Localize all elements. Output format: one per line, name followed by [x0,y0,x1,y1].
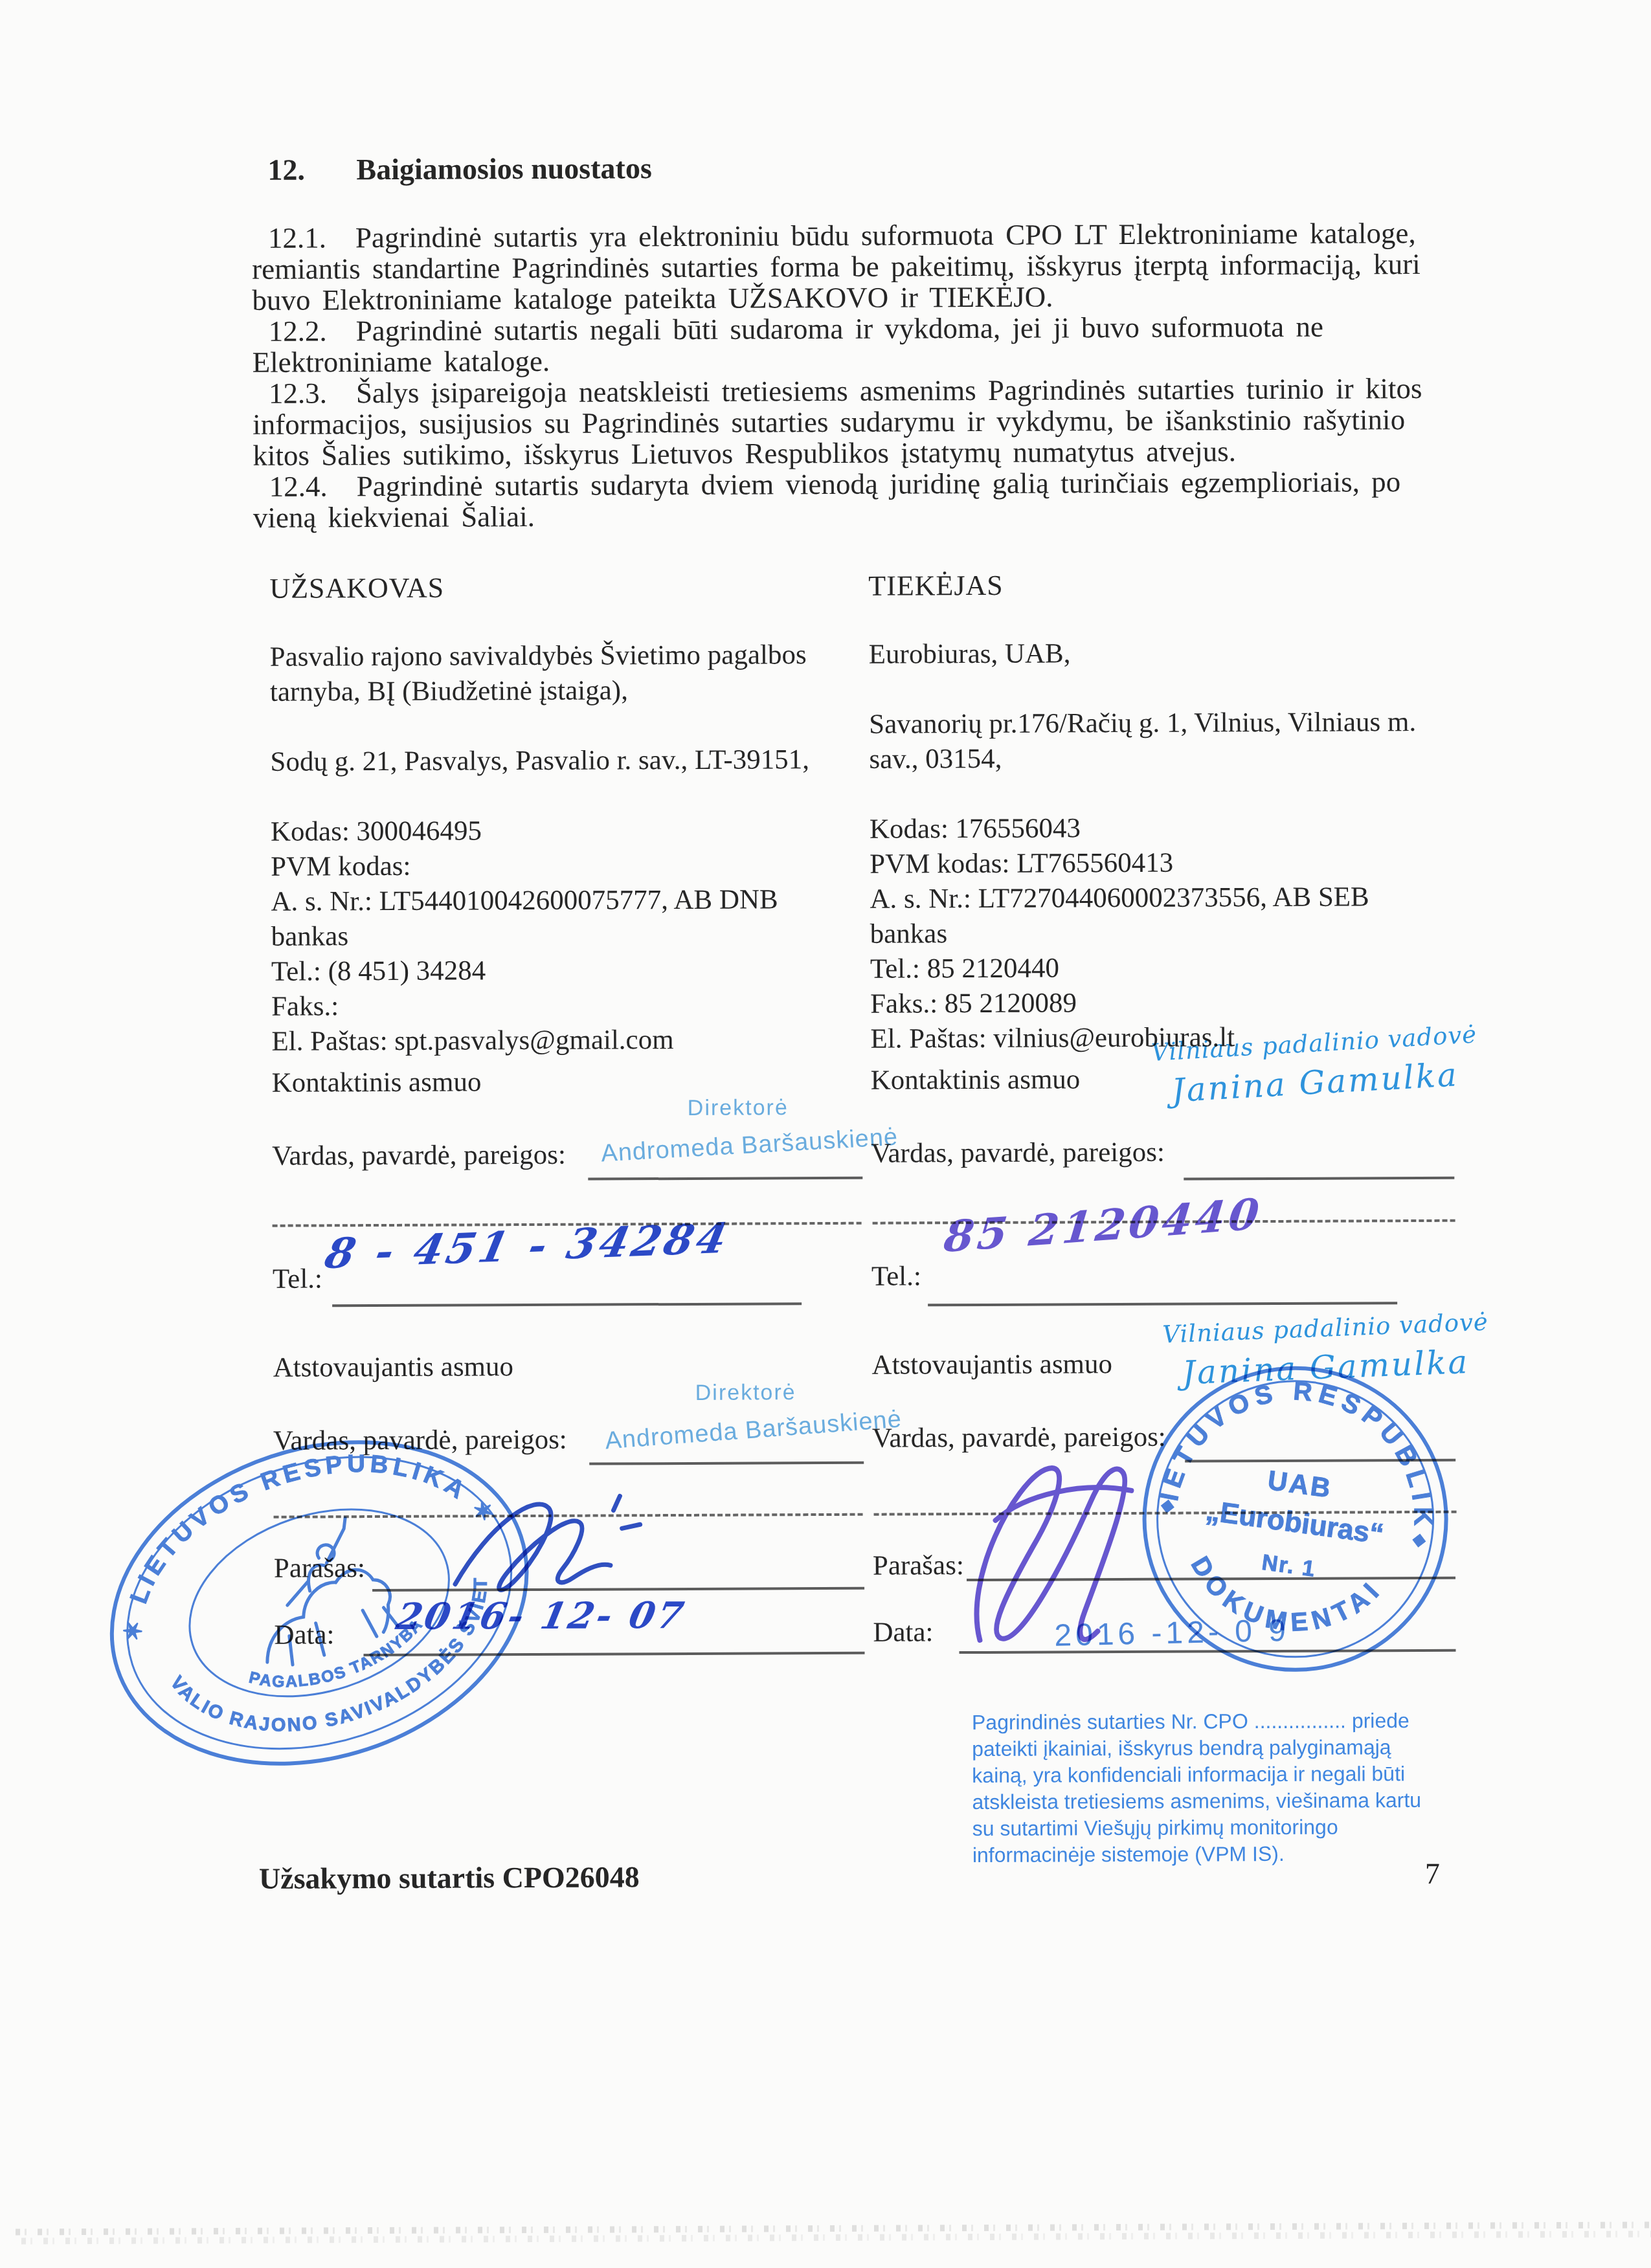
supplier-name-label: Vardas, pavardė, pareigos: [871,1137,1165,1170]
supplier-seal-line3: Nr. 1 [1261,1550,1318,1582]
supplier-seal-line1: UAB [1266,1465,1334,1504]
supplier-date-label: Data: [873,1616,933,1648]
confidentiality-note: Pagrindinės sutarties Nr. CPO ..........… [972,1707,1429,1869]
clause-12-4: 12.4.Pagrindinė sutartis sudaryta dviem … [253,466,1450,533]
clause-number: 12.2. [252,315,355,347]
director-name-stamp: Andromeda Baršauskienė [600,1124,899,1168]
clause-text: Šalys įsipareigoja neatskleisti tretiesi… [253,372,1422,472]
clause-12-2: 12.2.Pagrindinė sutartis negali būti sud… [252,311,1448,378]
buyer-representative-label: Atstovaujantis asmuo [273,1351,513,1384]
buyer-round-seal: ✶ LIETUVOS RESPUBLIKA ✶ PASVALIO RAJONO … [85,1429,553,1793]
clause-number: 12.1. [252,222,355,254]
section-title: Baigiamosios nuostatos [356,151,651,186]
director-name-stamp-2: Andromeda Baršauskienė [604,1406,903,1456]
buyer-tel-label: Tel.: [273,1263,322,1295]
clause-12-3: 12.3.Šalys įsipareigoja neatskleisti tre… [253,373,1450,471]
buyer-name-line-2 [589,1462,864,1465]
buyer-role-heading: UŽSAKOVAS [269,572,444,605]
page-content: 12. Baigiamosios nuostatos 12.1.Pagrindi… [0,0,1651,2268]
clause-12-1: 12.1.Pagrindinė sutartis yra elektronini… [252,217,1449,316]
supplier-contact-label: Kontaktinis asmuo [871,1063,1081,1096]
clause-text: Pagrindinė sutartis sudaryta dviem vieno… [253,465,1401,534]
footer-contract-id: Užsakymo sutartis CPO26048 [259,1860,640,1896]
clauses-block: 12.1.Pagrindinė sutartis yra elektronini… [252,217,1450,533]
section-number: 12. [267,152,305,186]
buyer-name-label: Vardas, pavardė, pareigos: [272,1139,566,1172]
page-number: 7 [1425,1856,1440,1891]
supplier-tel-handwriting: 85 2120440 [941,1188,1264,1262]
clause-text: Pagrindinė sutartis negali būti sudaroma… [253,311,1323,379]
supplier-name-line [1184,1177,1454,1181]
supplier-tel-label: Tel.: [871,1260,921,1292]
supplier-representative-label: Atstovaujantis asmuo [871,1348,1112,1381]
supplier-seal-line2: „Eurobiuras“ [1204,1495,1386,1550]
buyer-details: Pasvalio rajono savivaldybės Švietimo pa… [270,638,864,1060]
buyer-contact-label: Kontaktinis asmuo [272,1066,482,1098]
supplier-details: Eurobiuras, UAB, Savanorių pr.176/Račių … [869,635,1463,1057]
clause-text: Pagrindinė sutartis yra elektroniniu būd… [252,217,1421,317]
director-title-stamp-2: Direktorė [695,1380,796,1406]
seal-diamond-right: ◆ [1411,1529,1427,1550]
clause-number: 12.3. [253,377,356,409]
supplier-role-heading: TIEKĖJAS [868,569,1004,603]
supplier-round-seal: LIETUVOS RESPUBLIKA DOKUMENTAI ◆ ◆ UAB „… [1133,1355,1458,1687]
buyer-tel-line [332,1302,802,1307]
supplier-tel-line [928,1302,1397,1306]
buyer-name-line [588,1177,862,1181]
clause-number: 12.4. [253,471,357,502]
director-title-stamp: Direktorė [688,1095,789,1121]
scanned-contract-page: 12. Baigiamosios nuostatos 12.1.Pagrindi… [0,0,1651,2268]
seal-diamond-left: ◆ [1160,1495,1176,1515]
